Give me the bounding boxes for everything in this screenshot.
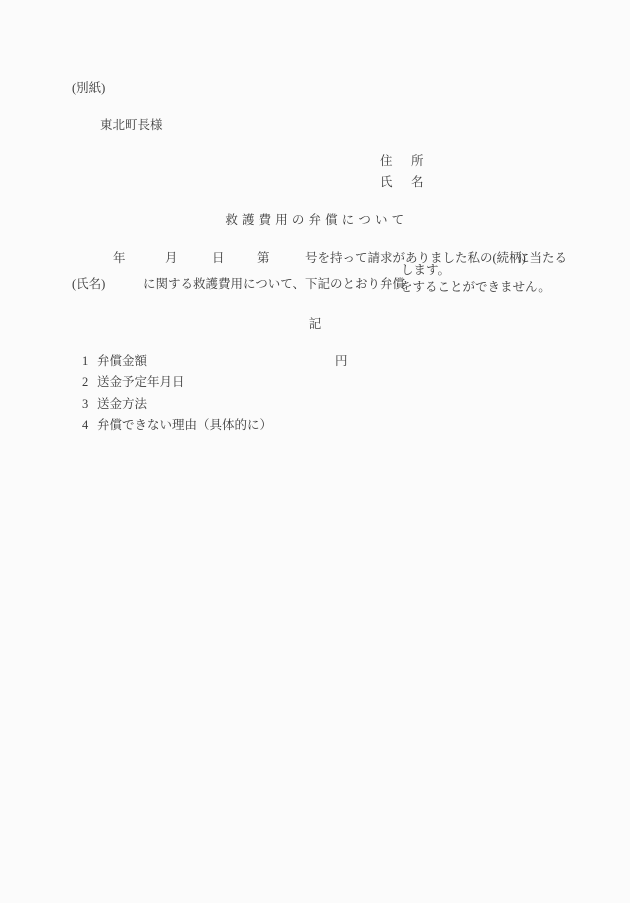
line1-tail-text: に当たる xyxy=(517,251,567,265)
item-label: 弁償できない理由（具体的に） xyxy=(97,418,272,432)
line2-main-text: に関する救護費用について、下記のとおり弁償 xyxy=(143,277,405,291)
day-label: 日 xyxy=(212,251,225,265)
document-title: 救 護 費 用 の 弁 償 に つ い て xyxy=(0,210,630,228)
year-label: 年 xyxy=(113,251,126,265)
item-label: 弁償金額 xyxy=(97,354,147,368)
sender-address-label: 住 所 xyxy=(380,154,427,168)
item-number: 3 xyxy=(82,397,88,411)
item-unit: 円 xyxy=(335,354,348,368)
item-number: 4 xyxy=(82,418,88,432)
item-number: 2 xyxy=(82,375,88,389)
record-heading: 記 xyxy=(0,314,630,332)
item-label: 送金予定年月日 xyxy=(97,375,185,389)
document-page: (別紙) 東北町長様 住 所 氏 名 救 護 費 用 の 弁 償 に つ い て… xyxy=(0,0,630,903)
item-number: 1 xyxy=(82,354,88,368)
name-blank: (氏名) xyxy=(72,277,105,291)
addressee: 東北町長様 xyxy=(100,118,163,132)
option-negative: をすることができません。 xyxy=(400,280,551,294)
month-label: 月 xyxy=(165,251,178,265)
sender-name-label: 氏 名 xyxy=(380,175,427,189)
attachment-note: (別紙) xyxy=(72,81,105,95)
document-number-prefix: 第 xyxy=(257,251,270,265)
item-label: 送金方法 xyxy=(97,397,147,411)
option-affirmative: します。 xyxy=(401,263,450,277)
